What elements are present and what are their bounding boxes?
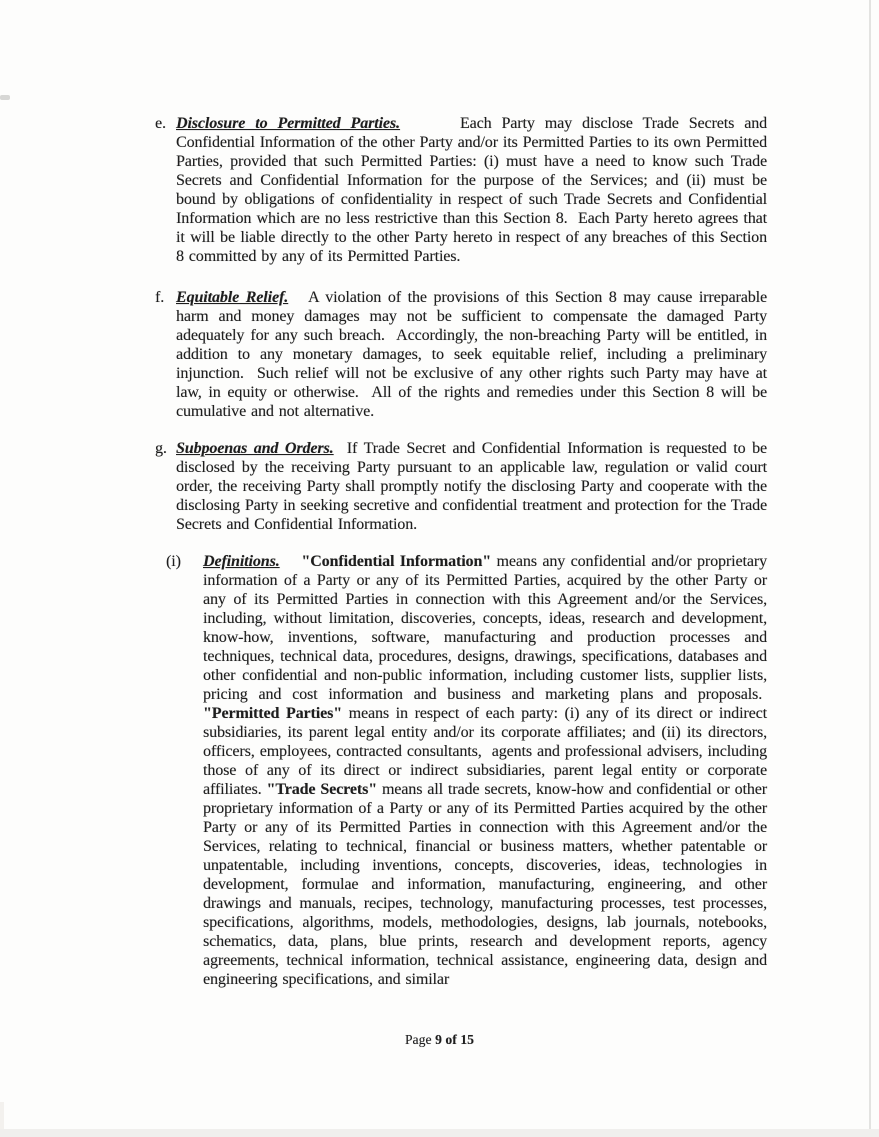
scan-notch [0,1102,4,1129]
body-text: A violation of the provisions of this Se… [176,289,767,420]
defined-term: "Permitted Parties" [203,705,342,722]
section-marker: g. [155,439,176,534]
section-heading: Disclosure to Permitted Parties. [176,115,400,132]
section-heading: Equitable Relief. [176,289,288,306]
section-e: e.Disclosure to Permitted Parties. Each … [155,114,767,266]
section-f: f.Equitable Relief. A violation of the p… [155,288,767,421]
section-heading: Definitions. [203,553,280,570]
scan-edge-line [869,0,871,1137]
scan-bottom-strip [0,1129,879,1137]
defined-term: "Confidential Information" [301,553,491,570]
scanned-contract-page: e.Disclosure to Permitted Parties. Each … [0,0,879,1137]
section-marker: (i) [166,552,203,989]
section-i: (i)Definitions. "Confidential Informatio… [166,552,767,989]
section-heading: Subpoenas and Orders. [176,440,334,457]
page-footer: Page 9 of 15 [0,1032,879,1048]
scan-smudge [0,95,10,100]
section-body: Subpoenas and Orders. If Trade Secret an… [176,439,767,534]
section-marker: f. [155,288,176,421]
section-body: Definitions. "Confidential Information" … [203,552,767,989]
section-g: g.Subpoenas and Orders. If Trade Secret … [155,439,767,534]
defined-term: "Trade Secrets" [267,781,377,798]
footer-page-label: Page [405,1032,435,1047]
footer-page-number: 9 of 15 [435,1032,474,1047]
section-marker: e. [155,114,176,266]
body-text: Each Party may disclose Trade Secrets an… [176,115,767,265]
section-body: Equitable Relief. A violation of the pro… [176,288,767,421]
section-body: Disclosure to Permitted Parties. Each Pa… [176,114,767,266]
body-text: means any confidential and/or proprietar… [203,553,767,703]
body-text: means all trade secrets, know-how and co… [203,781,767,988]
